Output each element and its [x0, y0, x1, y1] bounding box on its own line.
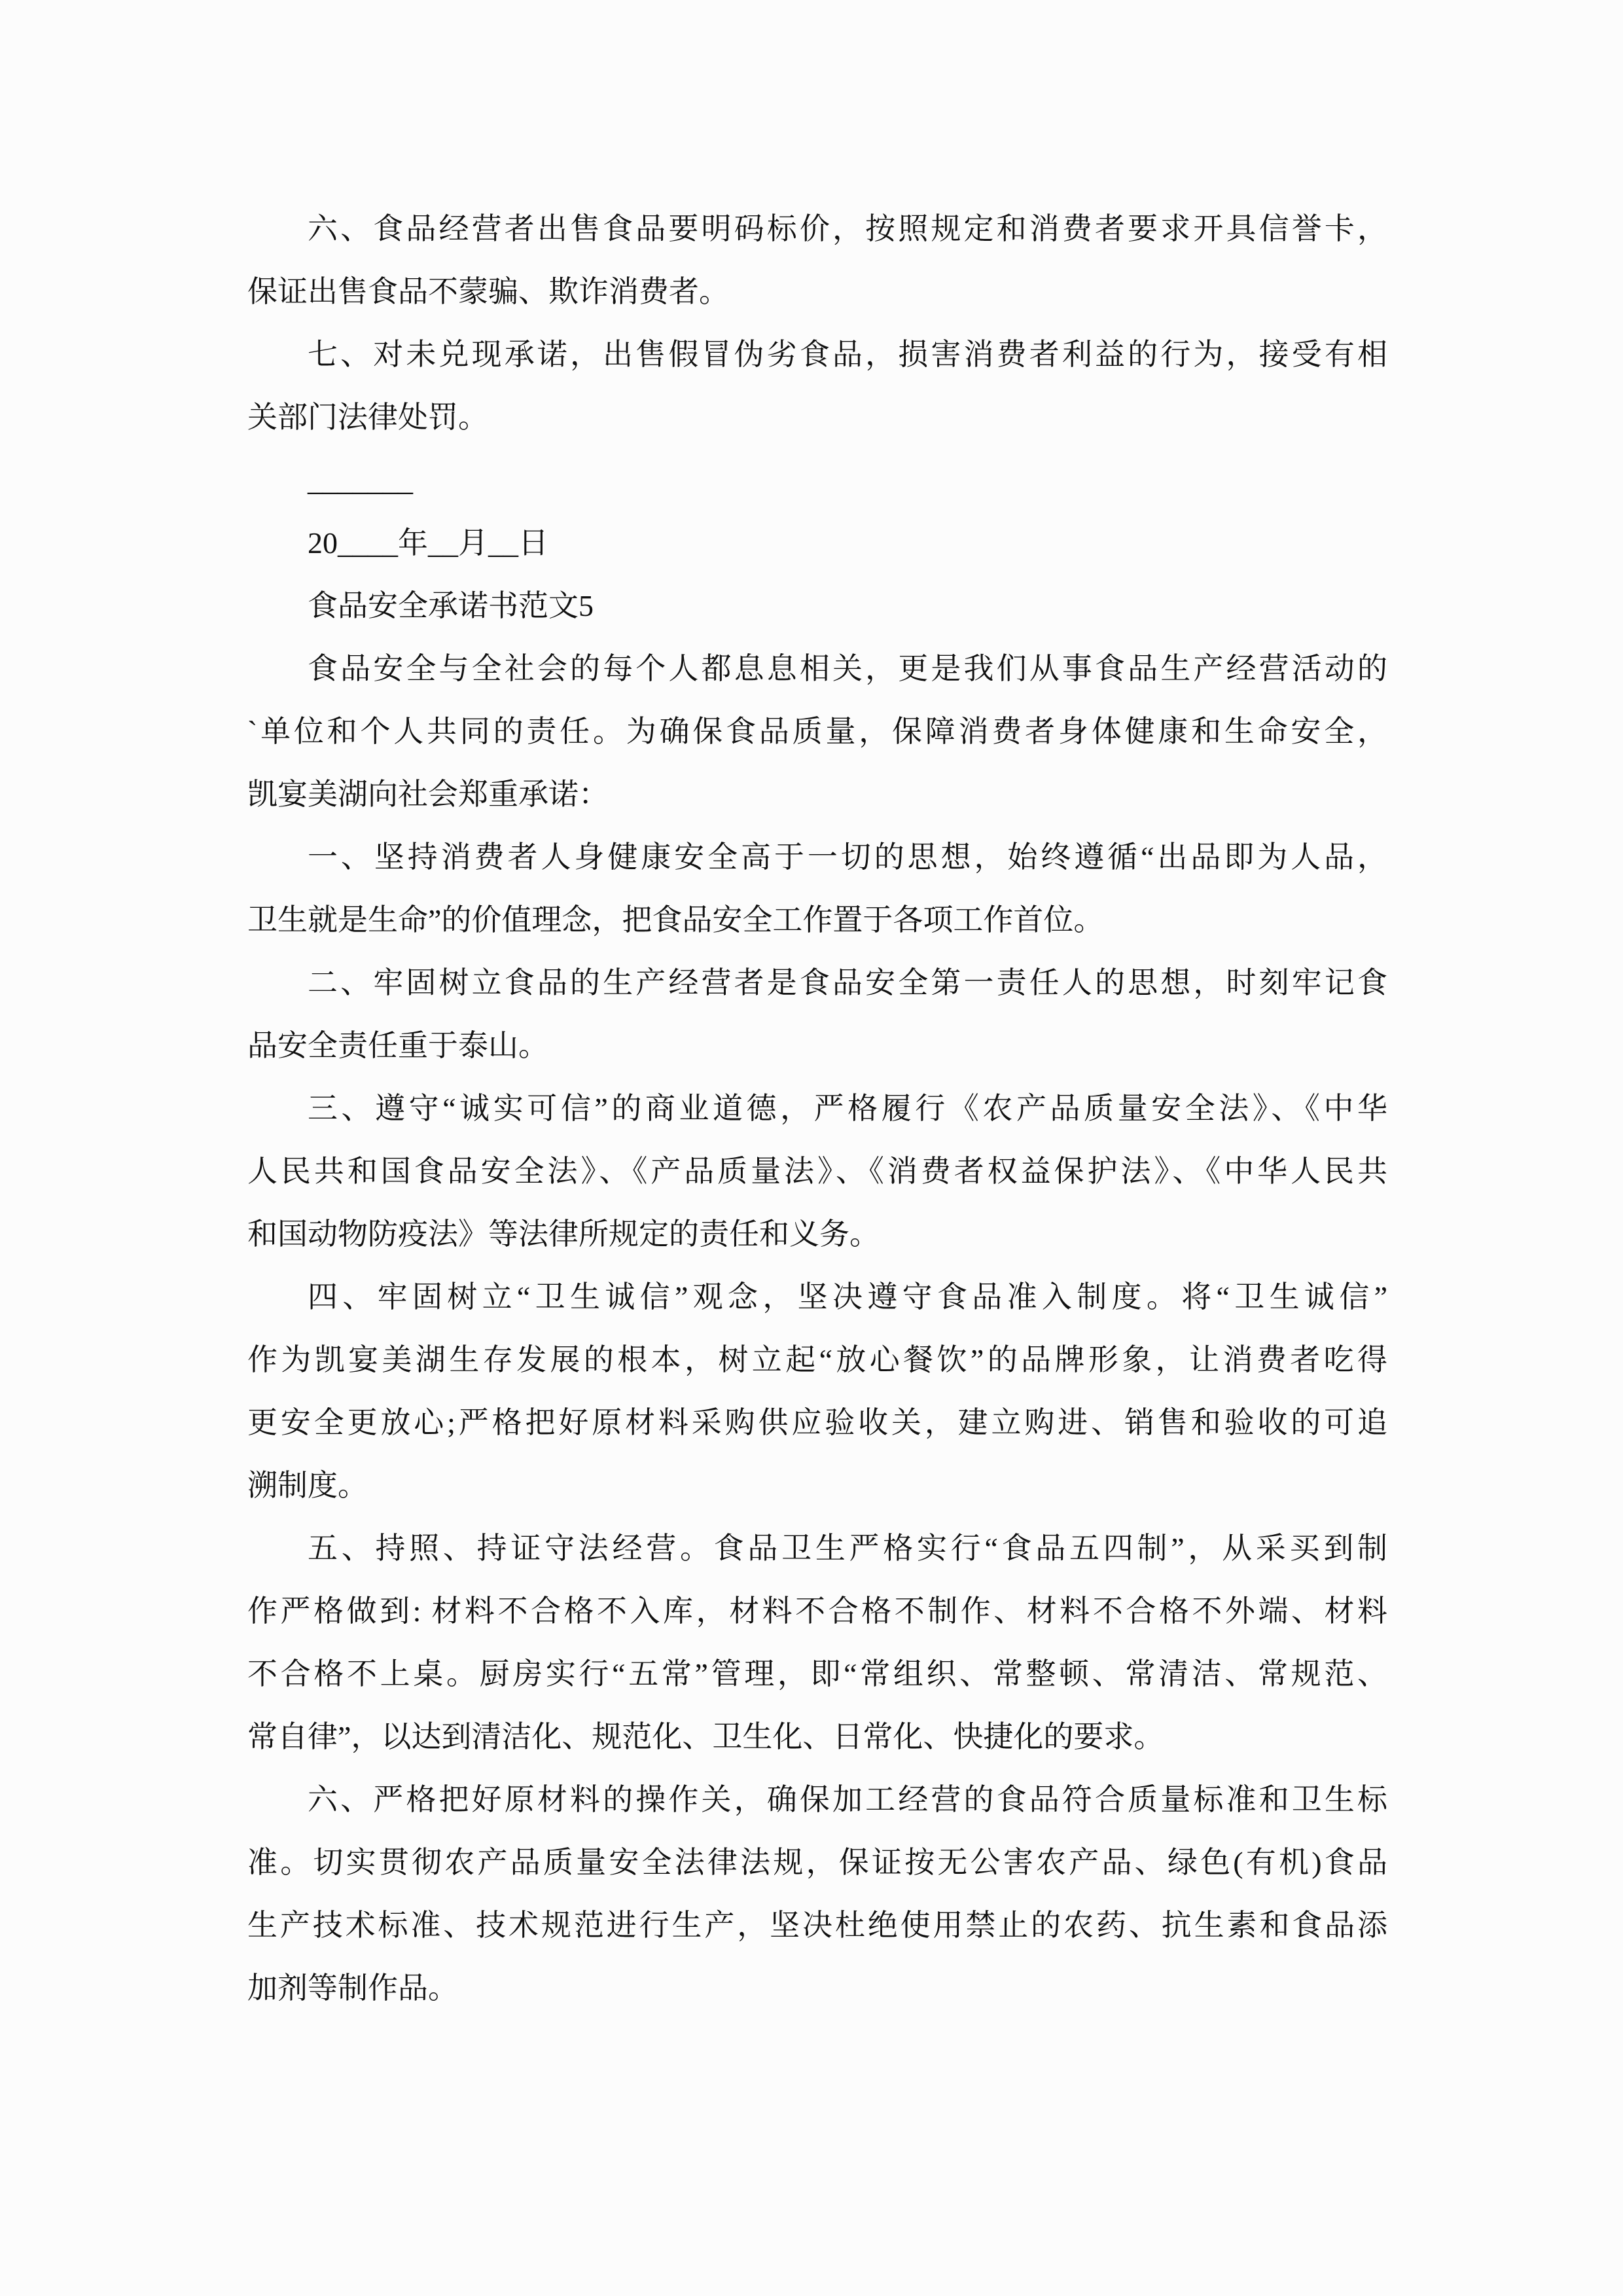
- text-line: 准。切实贯彻农产品质量安全法律法规，保证按无公害农产品、绿色(有机)食品: [247, 1831, 1387, 1894]
- paragraph-item-4: 四、牢固树立“卫生诚信”观念，坚决遵守食品准入制度。将“卫生诚信”作为凯宴美湖生…: [247, 1266, 1387, 1517]
- paragraph-clause-6: 六、食品经营者出售食品要明码标价，按照规定和消费者要求开具信誉卡，保证出售食品不…: [247, 198, 1387, 323]
- paragraph-item-6: 六、严格把好原材料的操作关，确保加工经营的食品符合质量标准和卫生标准。切实贯彻农…: [247, 1768, 1387, 2020]
- document-page: 六、食品经营者出售食品要明码标价，按照规定和消费者要求开具信誉卡，保证出售食品不…: [0, 0, 1623, 2296]
- paragraph-item-3: 三、遵守“诚实可信”的商业道德，严格履行《农产品质量安全法》、《中华人民共和国食…: [247, 1077, 1387, 1266]
- text-line: 20____年__月__日: [247, 512, 1387, 575]
- text-line: 常自律”，以达到清洁化、规范化、卫生化、日常化、快捷化的要求。: [247, 1706, 1387, 1768]
- text-line: 食品安全承诺书范文5: [247, 575, 1387, 637]
- text-line: 不合格不上桌。厨房实行“五常”管理，即“常组织、常整顿、常清洁、常规范、: [247, 1643, 1387, 1706]
- text-line: 作为凯宴美湖生存发展的根本，树立起“放心餐饮”的品牌形象，让消费者吃得: [247, 1329, 1387, 1391]
- text-line: 人民共和国食品安全法》、《产品质量法》、《消费者权益保护法》、《中华人民共: [247, 1140, 1387, 1203]
- text-line: 更安全更放心;严格把好原材料采购供应验收关，建立购进、销售和验收的可追: [247, 1391, 1387, 1454]
- paragraph-item-2: 二、牢固树立食品的生产经营者是食品安全第一责任人的思想，时刻牢记食品安全责任重于…: [247, 952, 1387, 1077]
- paragraph-date-blank: 20____年__月__日: [247, 512, 1387, 575]
- paragraph-intro: 食品安全与全社会的每个人都息息相关，更是我们从事食品生产经营活动的`单位和个人共…: [247, 637, 1387, 826]
- paragraph-clause-7: 七、对未兑现承诺，出售假冒伪劣食品，损害消费者利益的行为，接受有相关部门法律处罚…: [247, 323, 1387, 449]
- text-line: 四、牢固树立“卫生诚信”观念，坚决遵守食品准入制度。将“卫生诚信”: [247, 1266, 1387, 1329]
- text-line: 六、食品经营者出售食品要明码标价，按照规定和消费者要求开具信誉卡，: [247, 198, 1387, 260]
- text-line: _______: [247, 449, 1387, 512]
- text-line: 食品安全与全社会的每个人都息息相关，更是我们从事食品生产经营活动的: [247, 637, 1387, 700]
- paragraph-item-1: 一、坚持消费者人身健康安全高于一切的思想，始终遵循“出品即为人品，卫生就是生命”…: [247, 826, 1387, 952]
- text-line: 品安全责任重于泰山。: [247, 1014, 1387, 1077]
- text-line: 加剂等制作品。: [247, 1957, 1387, 2020]
- text-line: 卫生就是生命”的价值理念，把食品安全工作置于各项工作首位。: [247, 889, 1387, 952]
- text-line: 二、牢固树立食品的生产经营者是食品安全第一责任人的思想，时刻牢记食: [247, 952, 1387, 1014]
- text-line: 七、对未兑现承诺，出售假冒伪劣食品，损害消费者利益的行为，接受有相: [247, 323, 1387, 386]
- text-line: 五、持照、持证守法经营。食品卫生严格实行“食品五四制”，从采买到制: [247, 1517, 1387, 1580]
- text-line: 凯宴美湖向社会郑重承诺：: [247, 763, 1387, 826]
- text-line: 和国动物防疫法》等法律所规定的责任和义务。: [247, 1203, 1387, 1266]
- text-line: 六、严格把好原材料的操作关，确保加工经营的食品符合质量标准和卫生标: [247, 1768, 1387, 1831]
- text-line: 生产技术标准、技术规范进行生产，坚决杜绝使用禁止的农药、抗生素和食品添: [247, 1894, 1387, 1957]
- text-column: 六、食品经营者出售食品要明码标价，按照规定和消费者要求开具信誉卡，保证出售食品不…: [247, 198, 1387, 2020]
- paragraph-item-5: 五、持照、持证守法经营。食品卫生严格实行“食品五四制”，从采买到制作严格做到: …: [247, 1517, 1387, 1768]
- text-line: 溯制度。: [247, 1454, 1387, 1517]
- text-line: `单位和个人共同的责任。为确保食品质量，保障消费者身体健康和生命安全，: [247, 700, 1387, 763]
- paragraph-section-title: 食品安全承诺书范文5: [247, 575, 1387, 637]
- text-line: 保证出售食品不蒙骗、欺诈消费者。: [247, 260, 1387, 323]
- paragraph-signature-blank: _______: [247, 449, 1387, 512]
- text-line: 关部门法律处罚。: [247, 386, 1387, 449]
- text-line: 三、遵守“诚实可信”的商业道德，严格履行《农产品质量安全法》、《中华: [247, 1077, 1387, 1140]
- text-line: 一、坚持消费者人身健康安全高于一切的思想，始终遵循“出品即为人品，: [247, 826, 1387, 889]
- text-line: 作严格做到: 材料不合格不入库，材料不合格不制作、材料不合格不外端、材料: [247, 1580, 1387, 1643]
